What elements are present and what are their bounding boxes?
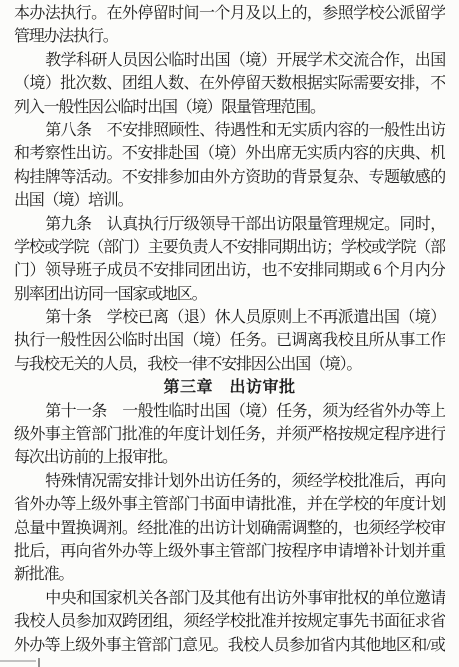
text-line: 外办等上级外事主管部门意见。我校人员参加省内其他地区和/或 [14,634,445,657]
document-page: 本办法执行。在外停留时间一个月及以上的，参照学校公派留学管理办法执行。教学科研人… [0,0,459,667]
text-line: 和考察性出访。不安排赴国（境）外出席无实质内容的庆典、机 [14,142,445,165]
text-line: 第十条 学校已离（退）休人员原则上不再派遣出国（境） [14,306,445,329]
text-line: 本办法执行。在外停留时间一个月及以上的，参照学校公派留学 [14,2,445,25]
text-line: 管理办法执行。 [14,25,445,48]
text-line: 出国（境）培训。 [14,189,445,212]
text-line: 批后，再向省外办等上级外事主管部门按程序申请增补计划并重 [14,540,445,563]
text-line: 门）领导班子成员不安排同团出访，也不安排同期或 6 个月内分 [14,259,445,282]
text-line: 我校人员参加双跨团组，须经学校批准并按规定事先书面征求省 [14,610,445,633]
page-bottom-artifact-tick [38,658,40,667]
text-line: 新批准。 [14,563,445,586]
text-line: 级外事主管部门批准的年度计划任务，并须严格按规定程序进行 [14,423,445,446]
text-line: 中央和国家机关各部门及其他有出访外事审批权的单位邀请 [14,587,445,610]
text-line: 每次出访前的上报审批。 [14,446,445,469]
text-line: 列入一般性因公临时出国（境）限量管理范围。 [14,96,445,119]
text-line: 执行一般性因公临时出国（境）任务。已调离我校且所从事工作 [14,329,445,352]
text-line: 学校或学院（部门）主要负责人不安排同期出访；学校或学院（部 [14,236,445,259]
text-line: 构挂牌等活动。不安排参加由外方资助的背景复杂、专题敏感的 [14,166,445,189]
text-line: 别率团出访同一国家或地区。 [14,283,445,306]
text-line: 总量中置换调剂。经批准的出访计划确需调整的，也须经学校审 [14,517,445,540]
text-line: 省外办等上级外事主管部门书面申请批准，并在学校的年度计划 [14,493,445,516]
document-text: 本办法执行。在外停留时间一个月及以上的，参照学校公派留学管理办法执行。教学科研人… [14,2,445,657]
text-line: 教学科研人员因公临时出国（境）开展学术交流合作，出国 [14,49,445,72]
text-line: 第八条 不安排照顾性、待遇性和无实质内容的一般性出访 [14,119,445,142]
text-line: 特殊情况需安排计划外出访任务的，须经学校批准后，再向 [14,470,445,493]
text-line: 第十一条 一般性临时出国（境）任务，须为经省外办等上 [14,400,445,423]
text-line: 与我校无关的人员，我校一律不安排因公出国（境）。 [14,353,445,376]
chapter-heading: 第三章 出访审批 [14,376,445,399]
text-line: （境）批次数、团组人数、在外停留天数根据实际需要安排，不 [14,72,445,95]
page-bottom-artifact-line [0,660,36,662]
text-line: 第九条 认真执行厅级领导干部出访限量管理规定。同时， [14,213,445,236]
